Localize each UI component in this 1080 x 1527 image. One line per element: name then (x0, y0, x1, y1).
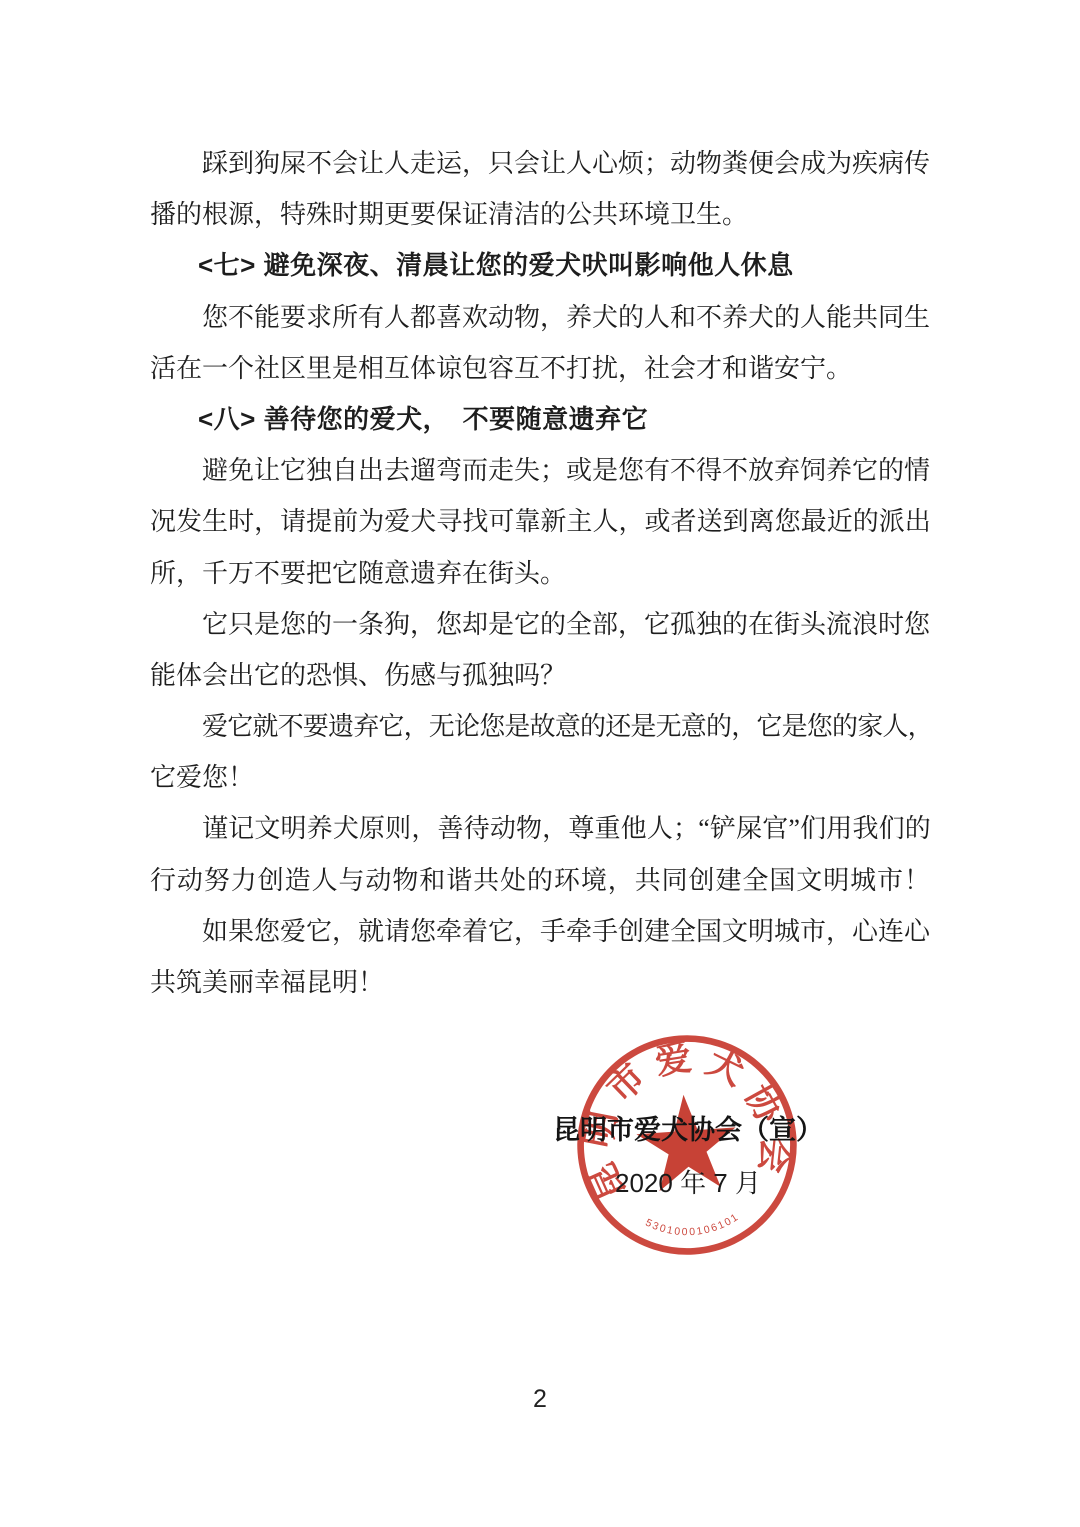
text-line: 它爱您！ (150, 752, 930, 803)
text-line: 如果您爱它，就请您牵着它，手牵手创建全国文明城市，心连心 (150, 906, 930, 957)
section-heading: <八> 善待您的爱犬， 不要随意遗弃它 (150, 394, 930, 445)
document-page: { "colors":{ "text":"#1d1d1d", "seal_red… (0, 0, 1080, 1527)
seal-ring-char: 市 (600, 1056, 654, 1110)
signature-date: 2020 年 7 月 (448, 1163, 928, 1200)
text-line: 播的根源，特殊时期更要保证清洁的公共环境卫生。 (150, 189, 930, 240)
text-line: 您不能要求所有人都喜欢动物，养犬的人和不养犬的人能共同生 (150, 292, 930, 343)
seal-ring-char: 爱 (652, 1037, 694, 1082)
text-line: 能体会出它的恐惧、伤感与孤独吗？ (150, 650, 930, 701)
seal-ring-char: 犬 (700, 1042, 750, 1094)
text-line: 谨记文明养犬原则，善待动物，尊重他人；“铲屎官”们用我们的 (150, 803, 930, 854)
document-lines: 踩到狗屎不会让人走运，只会让人心烦；动物粪便会成为疾病传播的根源，特殊时期更要保… (150, 138, 930, 1008)
text-line: 行动努力创造人与动物和谐共处的环境，共同创建全国文明城市！ (150, 855, 930, 906)
text-line: 踩到狗屎不会让人走运，只会让人心烦；动物粪便会成为疾病传 (150, 138, 930, 189)
text-line: 活在一个社区里是相互体谅包容互不打扰，社会才和谐安宁。 (150, 343, 930, 394)
text-line: 况发生时，请提前为爱犬寻找可靠新主人，或者送到离您最近的派出 (150, 496, 930, 547)
text-line: 所，千万不要把它随意遗弃在街头。 (150, 548, 930, 599)
text-line: 避免让它独自出去遛弯而走失；或是您有不得不放弃饲养它的情 (150, 445, 930, 496)
section-heading: <七> 避免深夜、清晨让您的爱犬吠叫影响他人休息 (150, 240, 930, 291)
page-number: 2 (0, 1385, 1080, 1414)
seal-number: 5301000106101 (643, 1211, 743, 1241)
text-line: 共筑美丽幸福昆明！ (150, 957, 930, 1008)
text-line: 爱它就不要遗弃它，无论您是故意的还是无意的，它是您的家人， (150, 701, 930, 752)
signature-org: 昆明市爱犬协会（宣） (448, 1108, 928, 1147)
text-line: 它只是您的一条狗，您却是它的全部，它孤独的在街头流浪时您 (150, 599, 930, 650)
